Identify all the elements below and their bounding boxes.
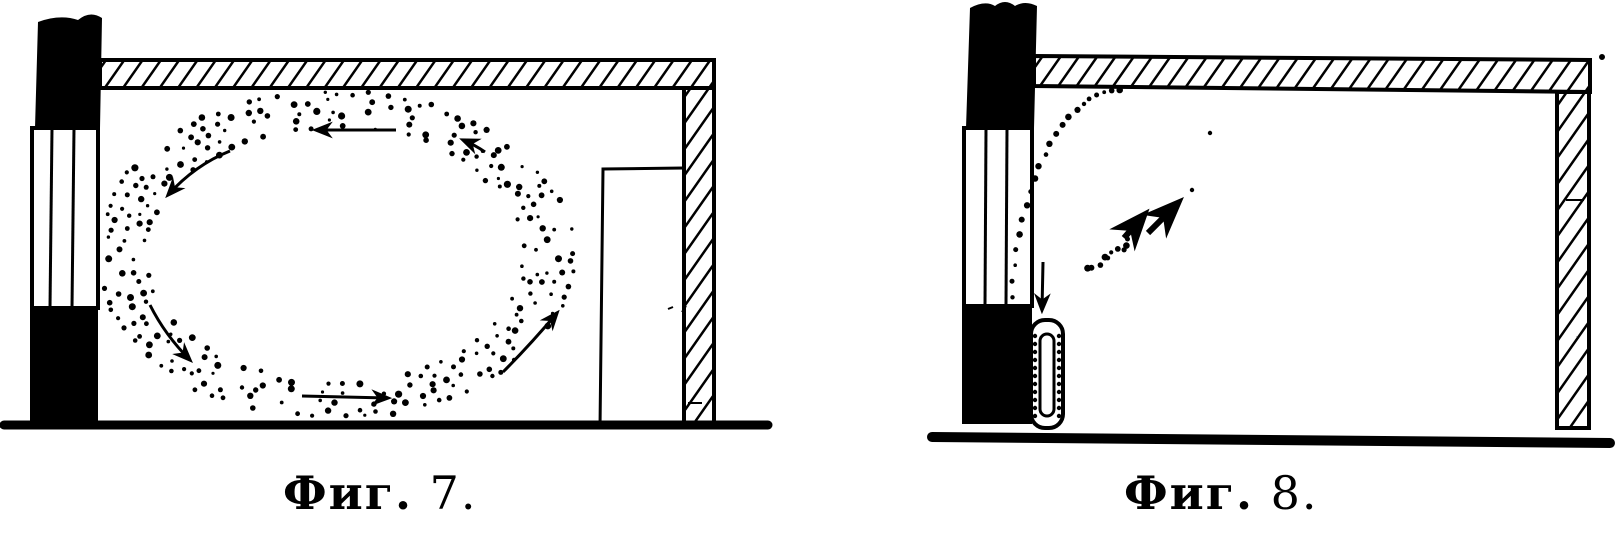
figure-label: Фиг. [283,466,413,520]
flow-arrows [150,130,557,398]
figure-8 [932,2,1610,443]
stove-column [962,2,1037,424]
outer-wall-hatched [684,88,714,424]
figure-number: 8. [1271,466,1319,520]
figure-7 [4,14,768,428]
radiator [1031,320,1063,428]
floor-line [932,437,1610,443]
figure-number: 7. [430,466,478,520]
window-niche [600,168,684,428]
outer-wall-hatched [1557,92,1589,428]
ceiling-hatched [1034,56,1590,92]
flow-arrows [1042,203,1178,310]
stove-column [30,14,102,428]
figure-label: Фиг. [1124,466,1254,520]
diagram-canvas [0,0,1616,538]
ceiling-hatched [100,60,714,88]
rising-air-dots [1006,87,1212,333]
figure-8-caption: Фиг. 8. [1124,466,1318,520]
figure-7-caption: Фиг. 7. [283,466,477,520]
